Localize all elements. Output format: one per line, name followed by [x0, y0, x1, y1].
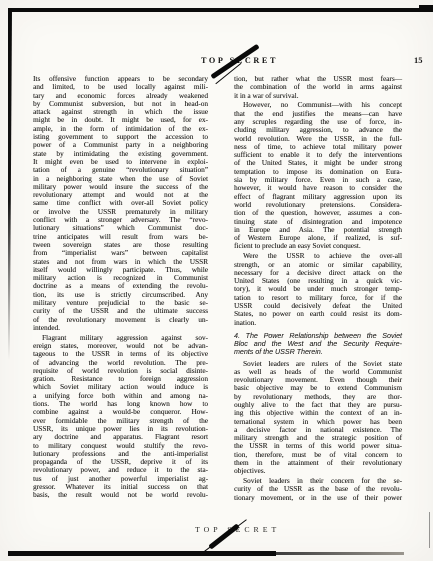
- text-line: Bloc and the West and the Security Requi…: [234, 340, 402, 348]
- left-gutter-shadow: [8, 8, 12, 360]
- text-line: basis, the result would not be world rev…: [33, 491, 208, 499]
- section-heading: 4. The Power Relationship between the So…: [234, 332, 402, 357]
- bottom-border-rule: [8, 551, 276, 556]
- text-line: tionary movement, or in the use of their…: [234, 494, 402, 502]
- two-column-text-body: Its offensive function appears to be sec…: [33, 75, 402, 502]
- text-line: intended.: [33, 324, 208, 332]
- paragraph: Soviet leaders in their concern for the …: [234, 477, 402, 502]
- text-column-left: Its offensive function appears to be sec…: [33, 75, 208, 502]
- text-line: ination.: [234, 319, 402, 327]
- top-border-rule: [10, 8, 433, 12]
- scanned-document-page: TOP SECRET 15 Its offensive function app…: [0, 0, 433, 561]
- text-line: ments of the USSR Therein.: [234, 348, 402, 356]
- paragraph: Its offensive function appears to be sec…: [33, 75, 208, 332]
- paragraph: Were the USSR to achieve the over-allstr…: [234, 252, 402, 327]
- page-number: 15: [414, 55, 423, 65]
- text-line: States, no power on earth could resist i…: [234, 310, 402, 318]
- bottom-border-rule-fade: [276, 552, 404, 555]
- paragraph: However, no Communist—with his conceptth…: [234, 101, 402, 250]
- paragraph: tion, but rather what the USSR most fear…: [234, 75, 402, 100]
- text-line: 4. The Power Relationship between the So…: [234, 332, 402, 340]
- right-edge-scan-artifact: [429, 512, 430, 548]
- paragraph: Flagrant military aggression against sov…: [33, 334, 208, 500]
- text-line: it in a war of survival.: [234, 92, 402, 100]
- text-line: objectives.: [234, 467, 402, 475]
- paragraph: Soviet leaders are rulers of the Soviet …: [234, 360, 402, 476]
- text-column-right: tion, but rather what the USSR most fear…: [234, 75, 402, 502]
- top-border-rule-end: [419, 5, 433, 12]
- text-line: ficient to preclude an easy Soviet conqu…: [234, 242, 402, 250]
